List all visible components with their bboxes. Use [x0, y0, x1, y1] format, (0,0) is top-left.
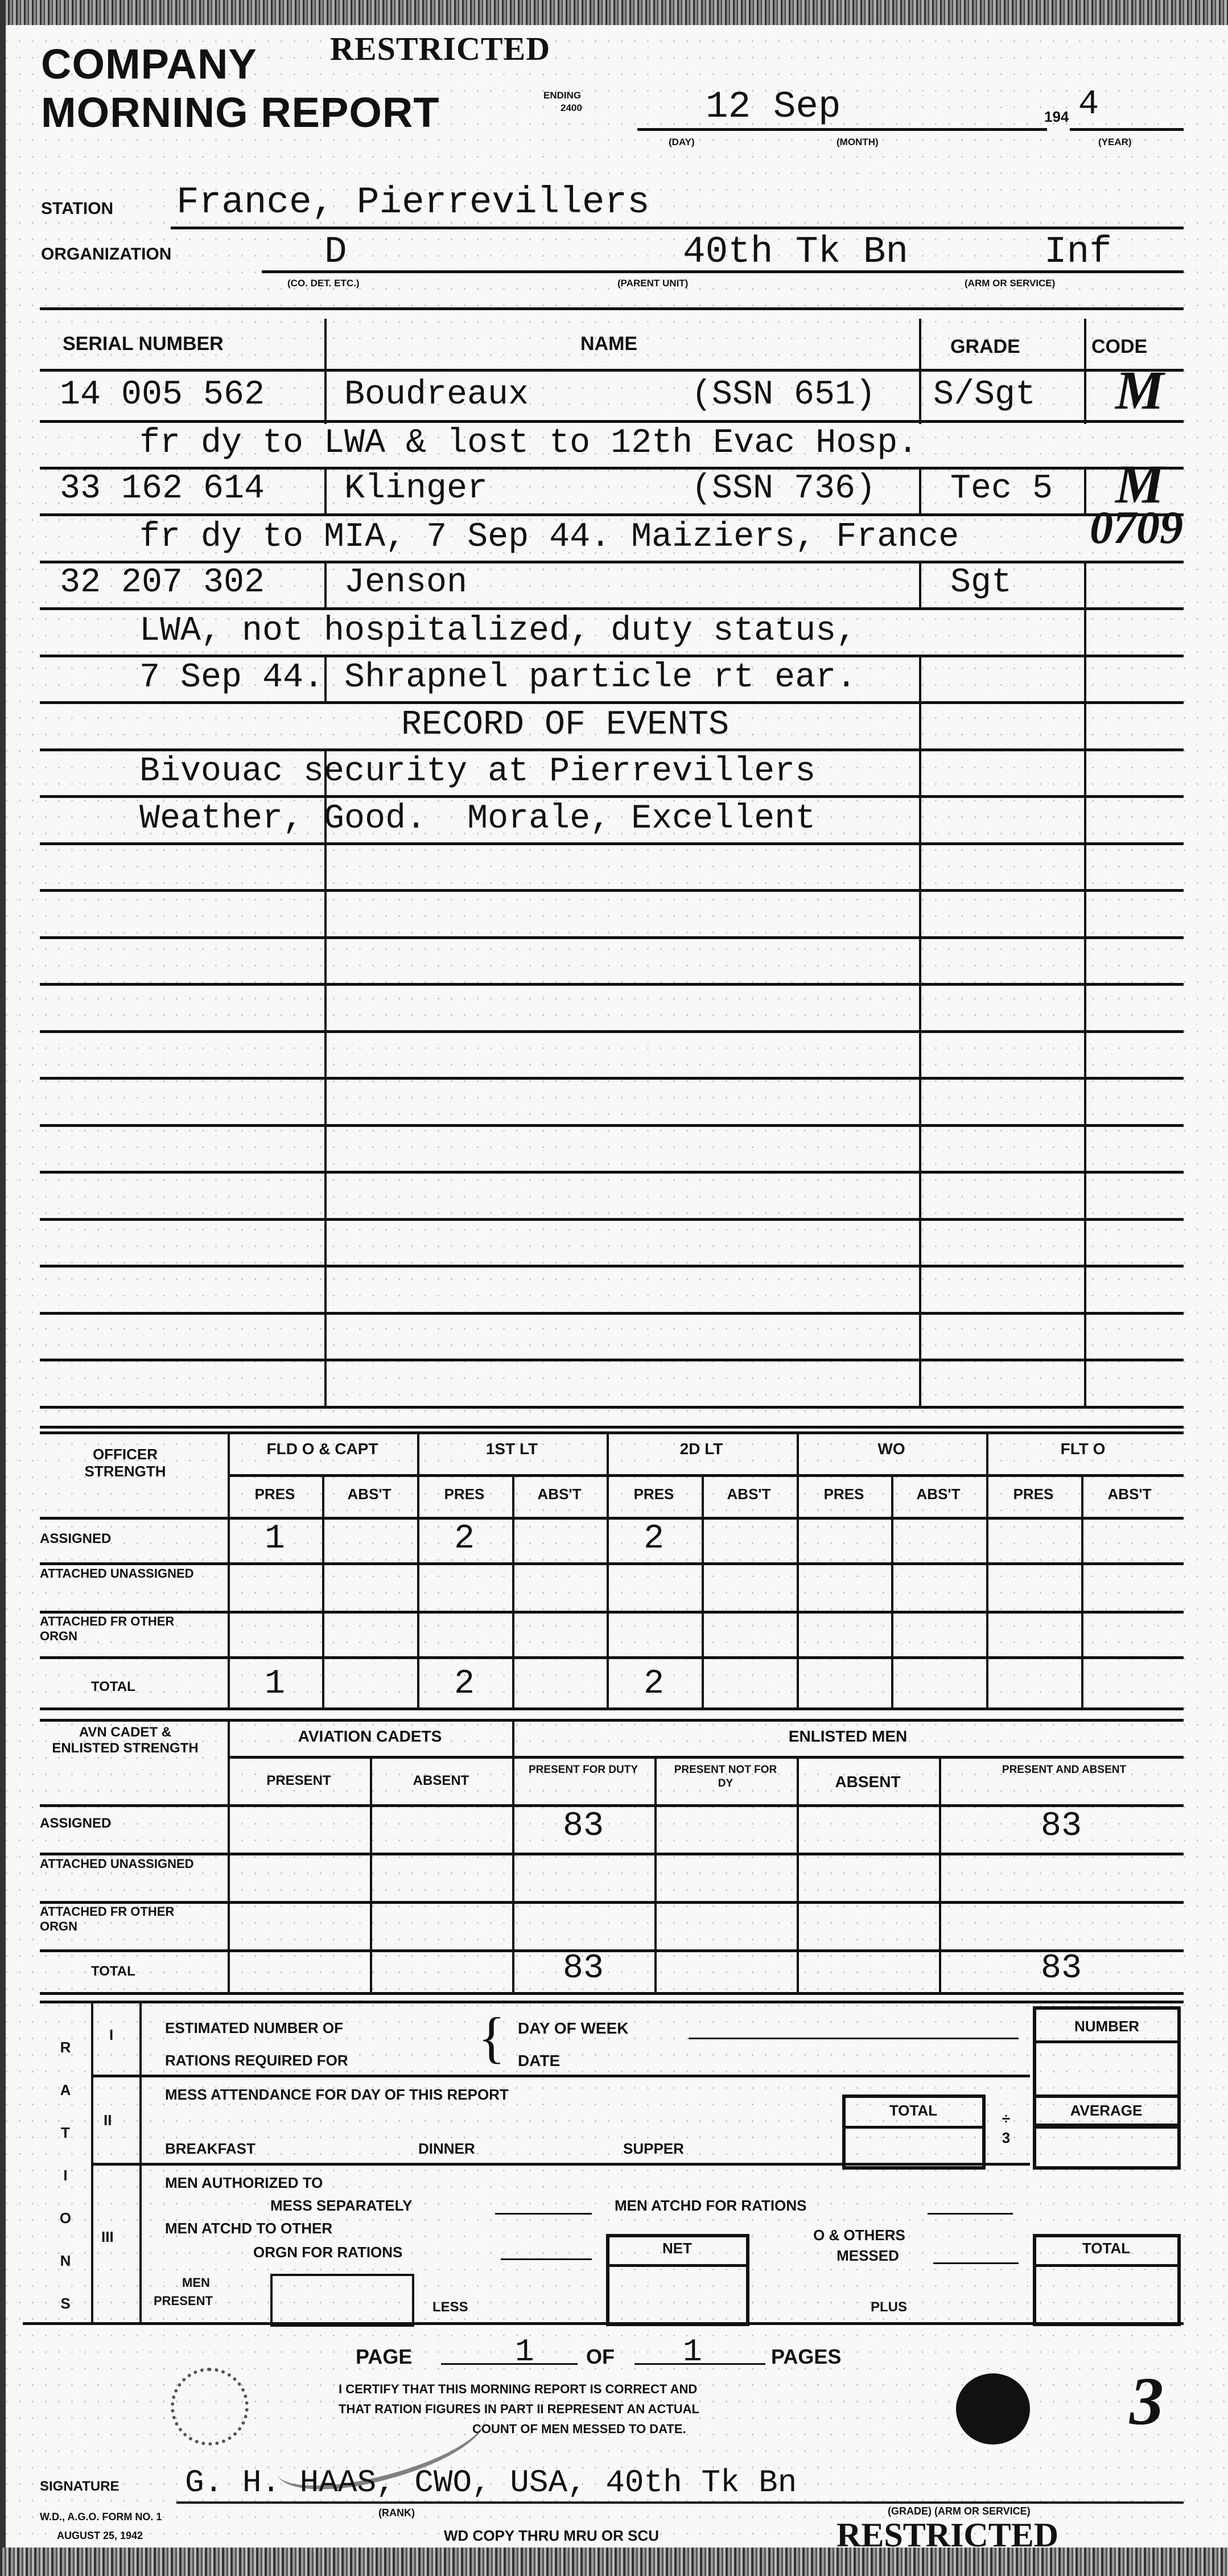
certification-line-1: I CERTIFY THAT THIS MORNING REPORT IS CO…: [339, 2382, 697, 2397]
subcol-pres: PRES: [986, 1485, 1081, 1503]
total-1st-lt-pres: 2: [417, 1665, 512, 1703]
subcol-pres: PRES: [797, 1485, 891, 1503]
average-label: AVERAGE: [1033, 2102, 1180, 2120]
year-caption: (YEAR): [1098, 137, 1132, 148]
wd-copy-note: WD COPY THRU MRU OR SCU: [444, 2527, 659, 2545]
row-label-assigned: ASSIGNED: [40, 1531, 111, 1547]
assigned-2d-lt-pres: 2: [607, 1520, 701, 1558]
total-fld-capt-pres: 1: [228, 1665, 322, 1703]
enlisted-strength-header: AVN CADET & ENLISTED STRENGTH: [51, 1725, 199, 1756]
station-label: STATION: [41, 199, 113, 219]
organization-company: D: [324, 231, 347, 273]
brace-icon: {: [478, 2009, 505, 2066]
total-present-for-duty: 83: [512, 1949, 654, 1988]
men-atchd-other-label-2: ORGN FOR RATIONS: [253, 2244, 402, 2261]
report-day-month: 12 Sep: [706, 85, 841, 128]
scan-bottom-edge: [0, 2548, 1228, 2576]
soldier-code: M: [1115, 359, 1164, 422]
supper-label: SUPPER: [623, 2140, 684, 2158]
serial-number: 32 207 302: [60, 563, 265, 602]
soldier-ssn: (SSN 651): [691, 376, 876, 414]
page-label: PAGE: [356, 2345, 412, 2369]
subcol-cadets-absent: ABSENT: [370, 1773, 512, 1789]
section-number-3: III: [101, 2228, 114, 2246]
soldier-grade: Sgt: [950, 563, 1012, 602]
col-header-grade: GRADE: [950, 336, 1020, 358]
estimated-rations-label-2: RATIONS REQUIRED FOR: [165, 2052, 348, 2069]
subcol-abst: ABS'T: [322, 1485, 417, 1503]
o-and-others-label-1: O & OTHERS: [780, 2227, 939, 2244]
assigned-present-for-duty: 83: [512, 1807, 654, 1846]
o-and-others-label-2: MESSED: [797, 2247, 939, 2265]
soldier-grade: S/Sgt: [933, 376, 1036, 414]
ending-label: ENDING: [543, 90, 581, 101]
subcol-abst: ABS'T: [1081, 1485, 1178, 1503]
month-caption: (MONTH): [836, 137, 879, 148]
remark-line: fr dy to LWA & lost to 12th Evac Hosp.: [139, 424, 918, 463]
total-present-and-absent: 83: [939, 1949, 1184, 1988]
subcol-present-for-duty: PRESENT FOR DUTY: [526, 1763, 640, 1777]
organization-parent-unit: 40th Tk Bn: [683, 231, 908, 273]
col-header-code: CODE: [1091, 336, 1147, 358]
form-number: W.D., A.G.O. FORM NO. 1: [40, 2511, 162, 2523]
col-header-serial: SERIAL NUMBER: [63, 333, 224, 355]
subcol-present-not-for-duty: PRESENT NOT FOR DY: [669, 1763, 782, 1791]
signature-label: SIGNATURE: [40, 2479, 119, 2495]
record-of-events-heading: RECORD OF EVENTS: [401, 706, 729, 744]
scan-left-edge: [0, 0, 6, 2576]
day-of-week-label: DAY OF WEEK: [518, 2019, 628, 2038]
net-label: NET: [606, 2240, 748, 2257]
assigned-fld-capt-pres: 1: [228, 1520, 322, 1558]
subcol-pres: PRES: [417, 1485, 512, 1503]
estimated-rations-label-1: ESTIMATED NUMBER OF: [165, 2019, 343, 2037]
organization-label: ORGANIZATION: [41, 245, 171, 264]
subcol-abst: ABS'T: [891, 1485, 986, 1503]
ending-time: 2400: [561, 102, 582, 114]
row-label-attached-unassigned: ATTACHED UNASSIGNED: [40, 1857, 211, 1871]
serial-number: 33 162 614: [60, 470, 265, 508]
rations-vertical-label: RATIONS: [57, 2026, 74, 2325]
form-title-line2: MORNING REPORT: [41, 88, 440, 137]
remark-line: LWA, not hospitalized, duty status,: [139, 612, 856, 651]
punch-hole-right-icon: [956, 2373, 1030, 2445]
men-present-label-1: MEN: [182, 2275, 210, 2290]
dinner-label: DINNER: [418, 2140, 475, 2158]
form-title-line1: COMPANY: [41, 40, 257, 88]
remark-line: fr dy to MIA, 7 Sep 44. Maiziers, France: [139, 518, 959, 557]
men-authorized-label-2: MESS SEPARATELY: [270, 2197, 412, 2215]
officer-strength-header: OFFICER STRENGTH: [63, 1446, 188, 1480]
scan-top-edge: [0, 0, 1228, 25]
group-aviation-cadets: AVIATION CADETS: [228, 1727, 512, 1746]
subcol-abst: ABS'T: [702, 1485, 796, 1503]
section-number-2: II: [104, 2112, 112, 2129]
rank-caption: (RANK): [378, 2507, 415, 2519]
arm-caption: (ARM OR SERVICE): [965, 278, 1055, 289]
punch-hole-left-icon: [171, 2368, 249, 2446]
mess-attendance-label: MESS ATTENDANCE FOR DAY OF THIS REPORT: [165, 2086, 509, 2104]
breakfast-label: BREAKFAST: [165, 2140, 256, 2158]
event-line: Bivouac security at Pierrevillers: [139, 752, 815, 791]
of-label: OF: [586, 2345, 615, 2369]
classification-stamp-top: RESTRICTED: [330, 30, 550, 68]
event-line: Weather, Good. Morale, Excellent: [139, 800, 815, 838]
men-present-box[interactable]: [270, 2274, 414, 2327]
col-header-name: NAME: [580, 333, 637, 355]
soldier-ssn: (SSN 736): [691, 470, 876, 508]
group-2d-lt: 2D LT: [607, 1440, 796, 1458]
soldier-name: Jenson: [344, 563, 467, 602]
date-label: DATE: [518, 2052, 560, 2070]
soldier-name: Klinger: [344, 470, 488, 508]
group-fld-o-capt: FLD O & CAPT: [228, 1440, 417, 1458]
assigned-present-and-absent: 83: [939, 1807, 1184, 1846]
row-label-attached-other: ATTACHED FR OTHER ORGN: [40, 1614, 211, 1644]
parent-unit-caption: (PARENT UNIT): [617, 278, 688, 289]
row-label-assigned: ASSIGNED: [40, 1816, 111, 1832]
handwritten-number: 3: [1130, 2362, 1164, 2441]
assigned-1st-lt-pres: 2: [417, 1520, 512, 1558]
section-number-1: I: [109, 2026, 113, 2044]
signature-block: G. H. HAAS, CWO, USA, 40th Tk Bn: [185, 2464, 797, 2501]
subcol-enlisted-absent: ABSENT: [797, 1773, 939, 1791]
men-present-label-2: PRESENT: [154, 2294, 213, 2308]
morning-report-document: COMPANY MORNING REPORT RESTRICTED ENDING…: [0, 0, 1228, 2576]
group-enlisted-men: ENLISTED MEN: [512, 1727, 1184, 1746]
serial-number: 14 005 562: [60, 376, 265, 414]
subcol-pres: PRES: [228, 1485, 322, 1503]
soldier-name: Boudreaux: [344, 376, 529, 414]
remark-code: 0709: [1090, 501, 1183, 554]
row-label-attached-unassigned: ATTACHED UNASSIGNED: [40, 1566, 211, 1581]
divide-by-three: ÷ 3: [999, 2109, 1013, 2147]
subcol-abst: ABS'T: [512, 1485, 607, 1503]
soldier-grade: Tec 5: [950, 470, 1053, 508]
number-box-label: NUMBER: [1033, 2018, 1181, 2035]
company-caption: (CO. DET. ETC.): [287, 278, 360, 289]
pages-label: PAGES: [771, 2345, 841, 2369]
plus-label: PLUS: [871, 2299, 907, 2315]
form-date: AUGUST 25, 1942: [57, 2530, 143, 2542]
men-atchd-for-rations-label: MEN ATCHD FOR RATIONS: [615, 2197, 807, 2215]
subcol-pres: PRES: [607, 1485, 701, 1503]
row-label-attached-other: ATTACHED FR OTHER ORGN: [40, 1904, 211, 1934]
men-authorized-label-1: MEN AUTHORIZED TO: [165, 2174, 323, 2192]
total-2d-lt-pres: 2: [607, 1665, 701, 1703]
subcol-cadets-present: PRESENT: [228, 1773, 370, 1789]
men-atchd-other-label-1: MEN ATCHD TO OTHER: [165, 2220, 332, 2237]
row-label-total: TOTAL: [91, 1679, 135, 1695]
less-label: LESS: [432, 2299, 468, 2315]
row-label-total: TOTAL: [91, 1964, 135, 1980]
group-1st-lt: 1ST LT: [417, 1440, 607, 1458]
group-flt-o: FLT O: [986, 1440, 1180, 1458]
subcol-present-and-absent: PRESENT AND ABSENT: [967, 1763, 1161, 1777]
certification-line-3: COUNT OF MEN MESSED TO DATE.: [472, 2422, 686, 2437]
year-digit: 4: [1078, 85, 1099, 124]
day-caption: (DAY): [669, 137, 695, 148]
year-prefix: 194: [1044, 108, 1069, 126]
mess-total-label: TOTAL: [842, 2102, 984, 2120]
remark-line: 7 Sep 44. Shrapnel particle rt ear.: [139, 659, 856, 697]
group-wo: WO: [797, 1440, 986, 1458]
organization-arm: Inf: [1044, 231, 1112, 273]
rations-total-label: TOTAL: [1033, 2240, 1180, 2257]
station-value: France, Pierrevillers: [176, 181, 650, 224]
